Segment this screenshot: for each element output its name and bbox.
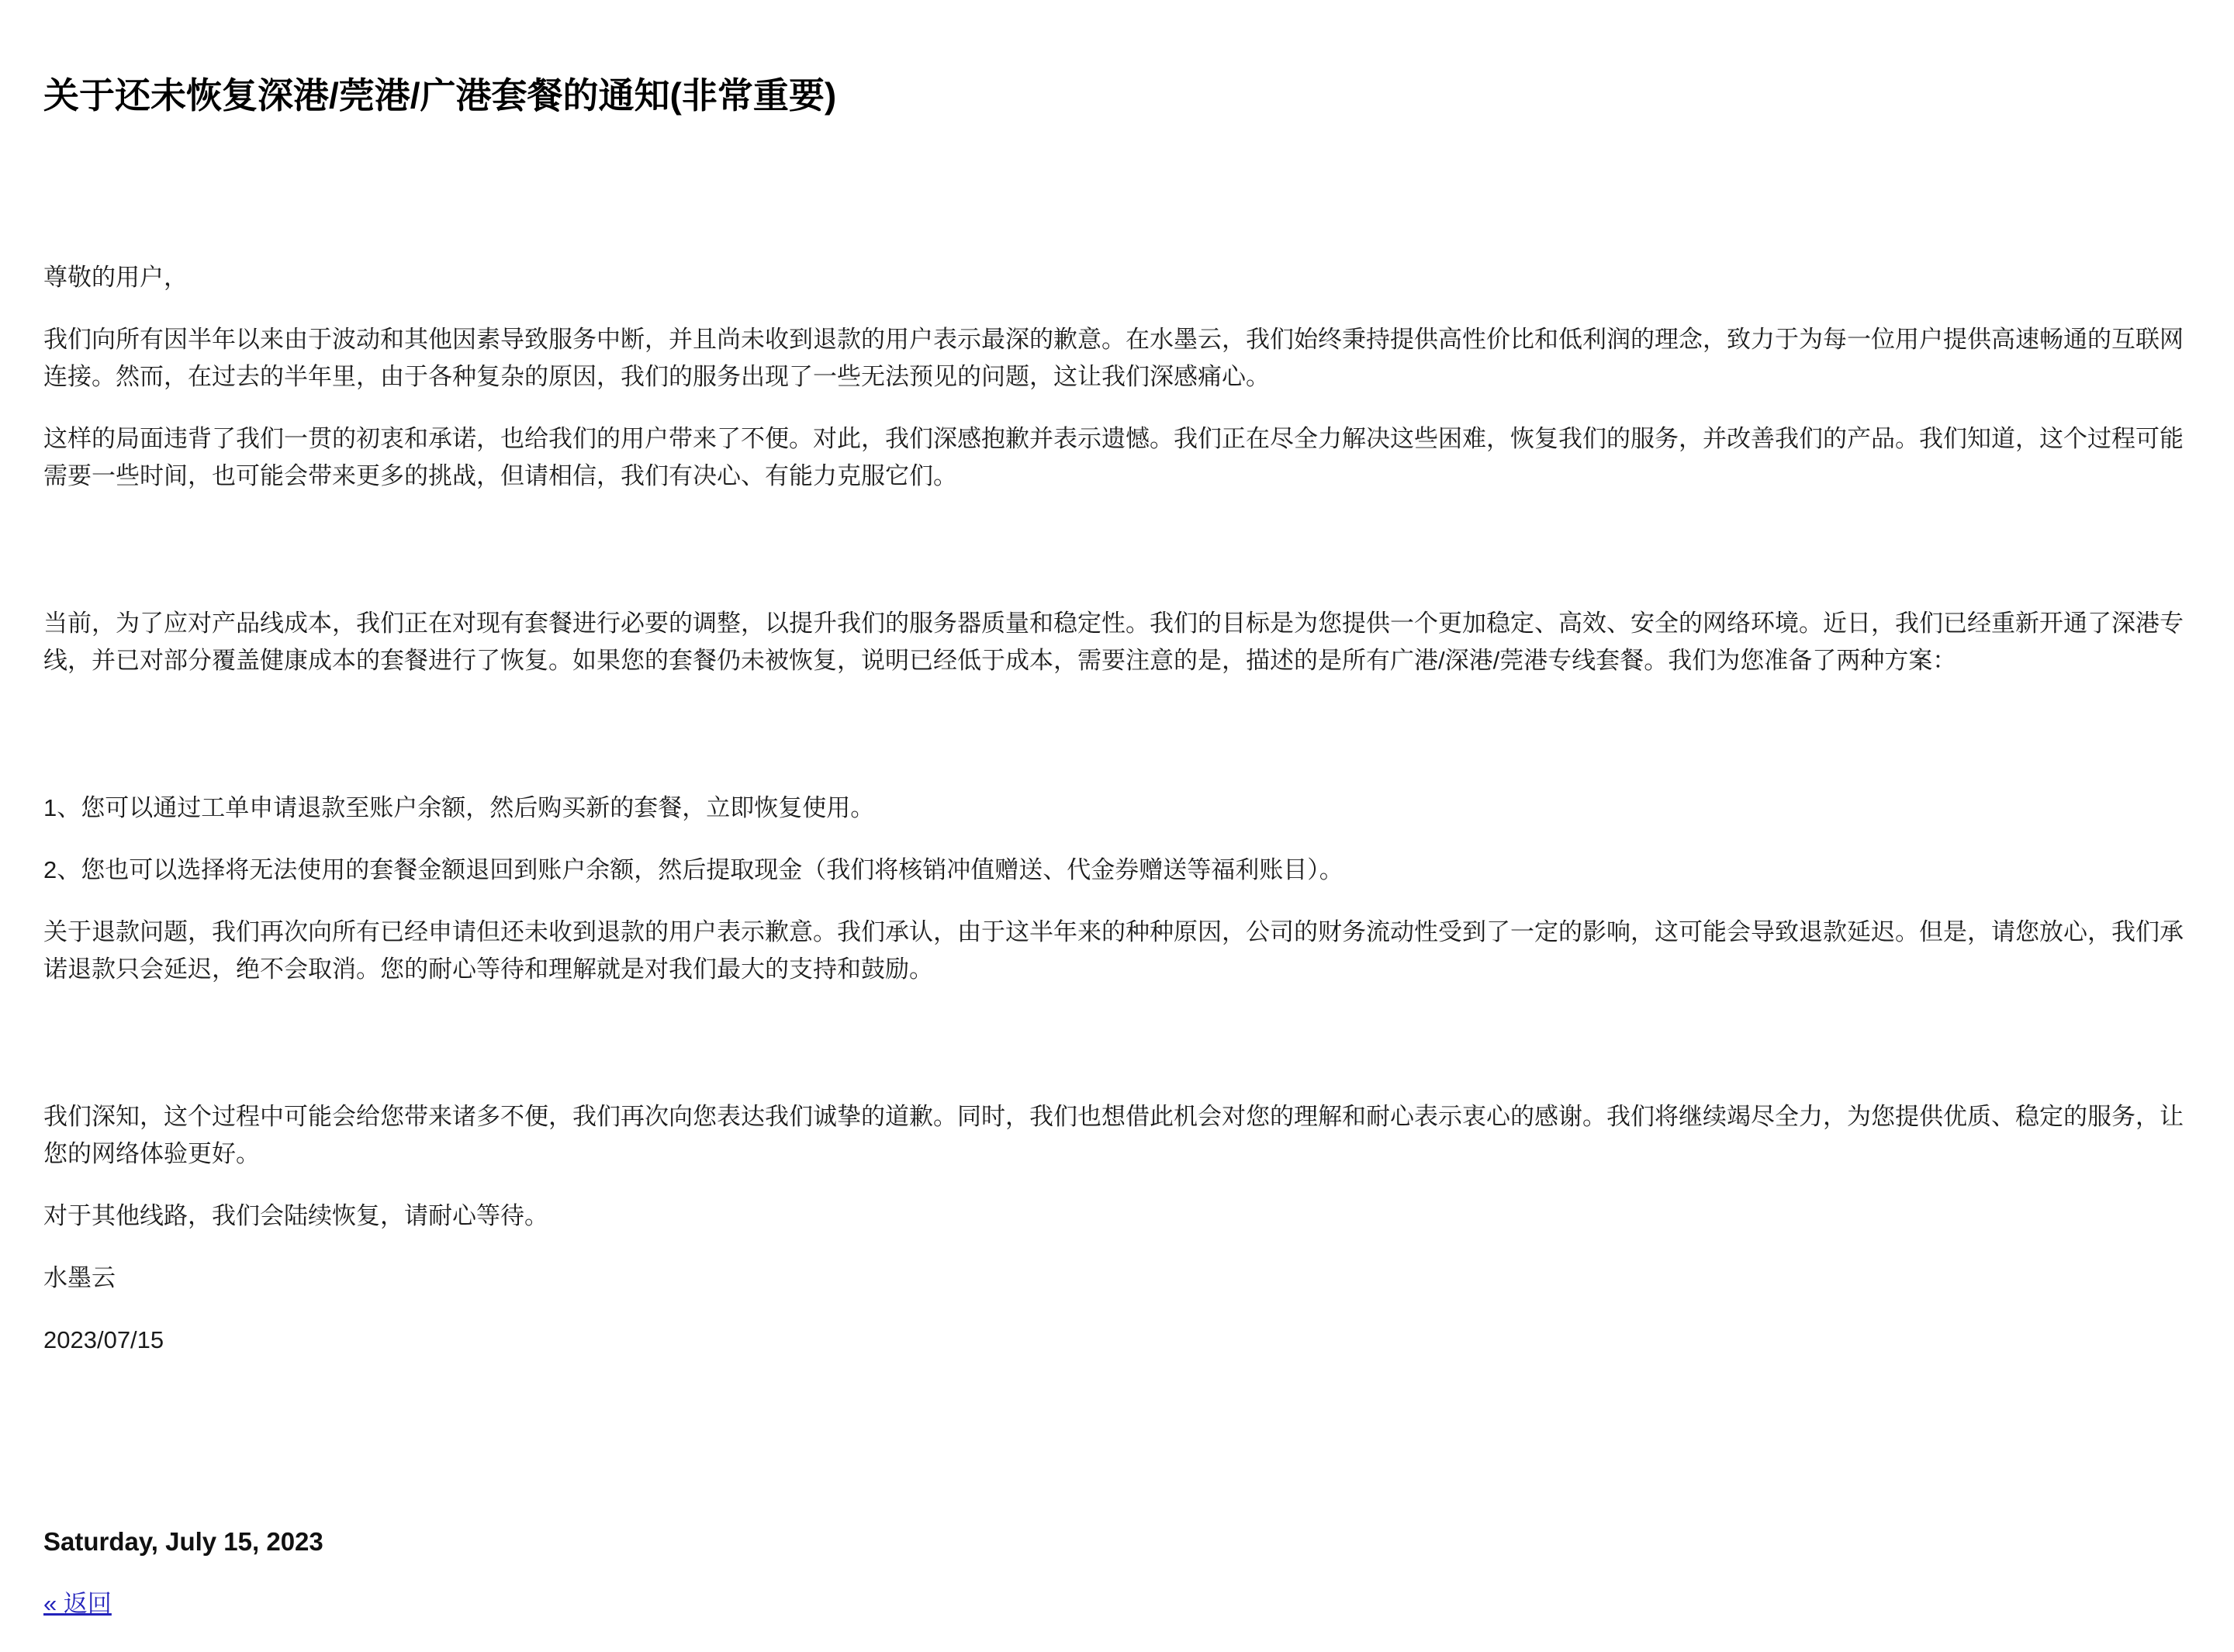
greeting-line: 尊敬的用户， — [43, 259, 2187, 296]
signature: 水墨云 — [43, 1260, 2187, 1297]
section-spacer — [43, 704, 2187, 765]
section-spacer — [43, 520, 2187, 580]
notice-paragraph-thanks: 我们深知，这个过程中可能会给您带来诸多不便，我们再次向您表达我们诚挚的道歉。同时… — [43, 1098, 2187, 1173]
notice-option-2: 2、您也可以选择将无法使用的套餐金额退回到账户余额，然后提取现金（我们将核销冲值… — [43, 852, 2187, 889]
back-link-row: « 返回 — [43, 1587, 2187, 1621]
notice-page: 关于还未恢复深港/莞港/广港套餐的通知(非常重要) 尊敬的用户， 我们向所有因半… — [0, 71, 2234, 1621]
footer-spacer — [43, 1384, 2187, 1500]
notice-paragraph-other-lines: 对于其他线路，我们会陆续恢复，请耐心等待。 — [43, 1198, 2187, 1235]
notice-date-cn: 2023/07/15 — [43, 1322, 2187, 1359]
notice-option-1: 1、您可以通过工单申请退款至账户余额，然后购买新的套餐，立即恢复使用。 — [43, 790, 2187, 827]
notice-paragraph-adjustment: 当前，为了应对产品线成本，我们正在对现有套餐进行必要的调整，以提升我们的服务器质… — [43, 605, 2187, 679]
back-link[interactable]: « 返回 — [43, 1590, 112, 1617]
section-spacer — [43, 1013, 2187, 1073]
notice-paragraph-refund: 关于退款问题，我们再次向所有已经申请但还未收到退款的用户表示歉意。我们承认，由于… — [43, 914, 2187, 988]
notice-paragraph-apology: 我们向所有因半年以来由于波动和其他因素导致服务中断，并且尚未收到退款的用户表示最… — [43, 321, 2187, 396]
notice-paragraph-commitment: 这样的局面违背了我们一贯的初衷和承诺，也给我们的用户带来了不便。对此，我们深感抱… — [43, 420, 2187, 495]
notice-title: 关于还未恢复深港/莞港/广港套餐的通知(非常重要) — [43, 71, 2187, 119]
post-date-en: Saturday, July 15, 2023 — [43, 1525, 2187, 1559]
